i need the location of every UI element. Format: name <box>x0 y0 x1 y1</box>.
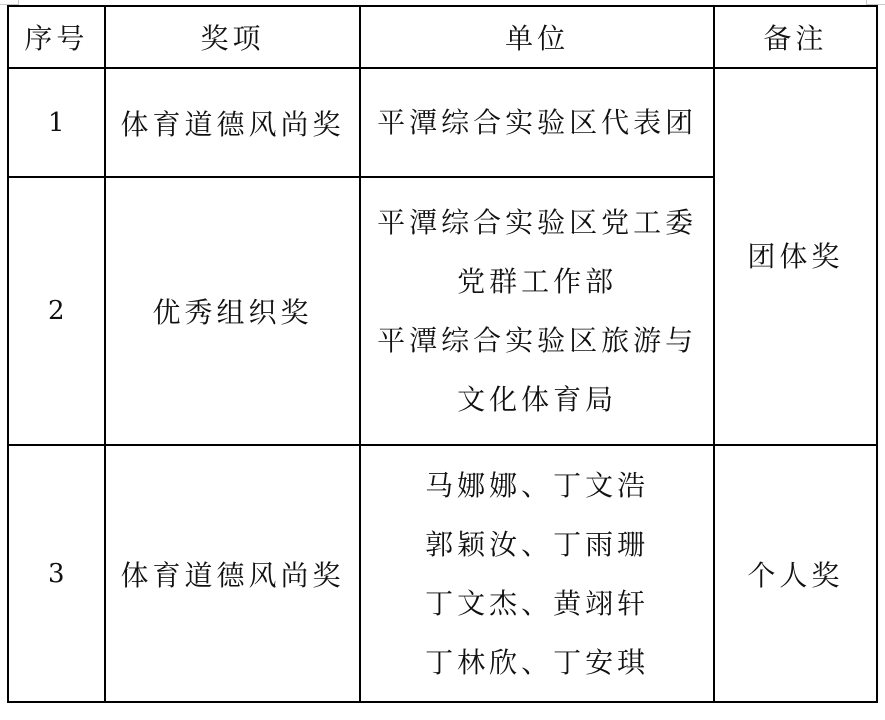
cell-no: 1 <box>8 68 105 177</box>
unit-line: 文化体育局 <box>457 370 617 429</box>
cell-no: 3 <box>8 445 105 702</box>
note-text: 个人奖 <box>747 559 843 592</box>
cell-no: 2 <box>8 177 105 445</box>
cell-award: 体育道德风尚奖 <box>105 68 361 177</box>
unit-line: 郭颖汝、丁雨珊 <box>425 515 649 574</box>
cell-unit: 平潭综合实验区代表团 <box>360 68 713 177</box>
header-note: 备注 <box>714 6 877 68</box>
unit-line: 平潭综合实验区代表团 <box>377 93 697 152</box>
header-unit: 单位 <box>360 6 713 68</box>
unit-line: 丁文杰、黄翊轩 <box>425 574 649 633</box>
unit-line: 丁林欣、丁安琪 <box>425 633 649 692</box>
awards-table: 序号 奖项 单位 备注 1 体育道德风尚奖 平潭综合实验区代表团 团体奖 <box>7 5 878 703</box>
unit-line: 平潭综合实验区旅游与 <box>377 311 697 370</box>
cell-award: 优秀组织奖 <box>105 177 361 445</box>
header-row: 序号 奖项 单位 备注 <box>8 6 877 68</box>
award-name: 体育道德风尚奖 <box>121 108 345 141</box>
award-name: 优秀组织奖 <box>153 296 313 329</box>
header-award: 奖项 <box>105 6 361 68</box>
award-name: 体育道德风尚奖 <box>121 559 345 592</box>
row-number: 1 <box>48 108 65 138</box>
cell-award: 体育道德风尚奖 <box>105 445 361 702</box>
unit-line: 马娜娜、丁文浩 <box>425 456 649 515</box>
unit-line: 平潭综合实验区党工委 <box>377 193 697 252</box>
table-row: 1 体育道德风尚奖 平潭综合实验区代表团 团体奖 <box>8 68 877 177</box>
table-row: 3 体育道德风尚奖 马娜娜、丁文浩 郭颖汝、丁雨珊 丁文杰、黄翊轩 丁林欣、丁安… <box>8 445 877 702</box>
note-text: 团体奖 <box>715 235 876 275</box>
cell-unit: 马娜娜、丁文浩 郭颖汝、丁雨珊 丁文杰、黄翊轩 丁林欣、丁安琪 <box>360 445 713 702</box>
cell-unit: 平潭综合实验区党工委 党群工作部 平潭综合实验区旅游与 文化体育局 <box>360 177 713 445</box>
header-no: 序号 <box>8 6 105 68</box>
unit-line: 党群工作部 <box>457 252 617 311</box>
row-number: 2 <box>48 296 65 326</box>
cell-note-merged: 团体奖 <box>714 68 877 445</box>
cell-note: 个人奖 <box>714 445 877 702</box>
row-number: 3 <box>48 559 65 589</box>
